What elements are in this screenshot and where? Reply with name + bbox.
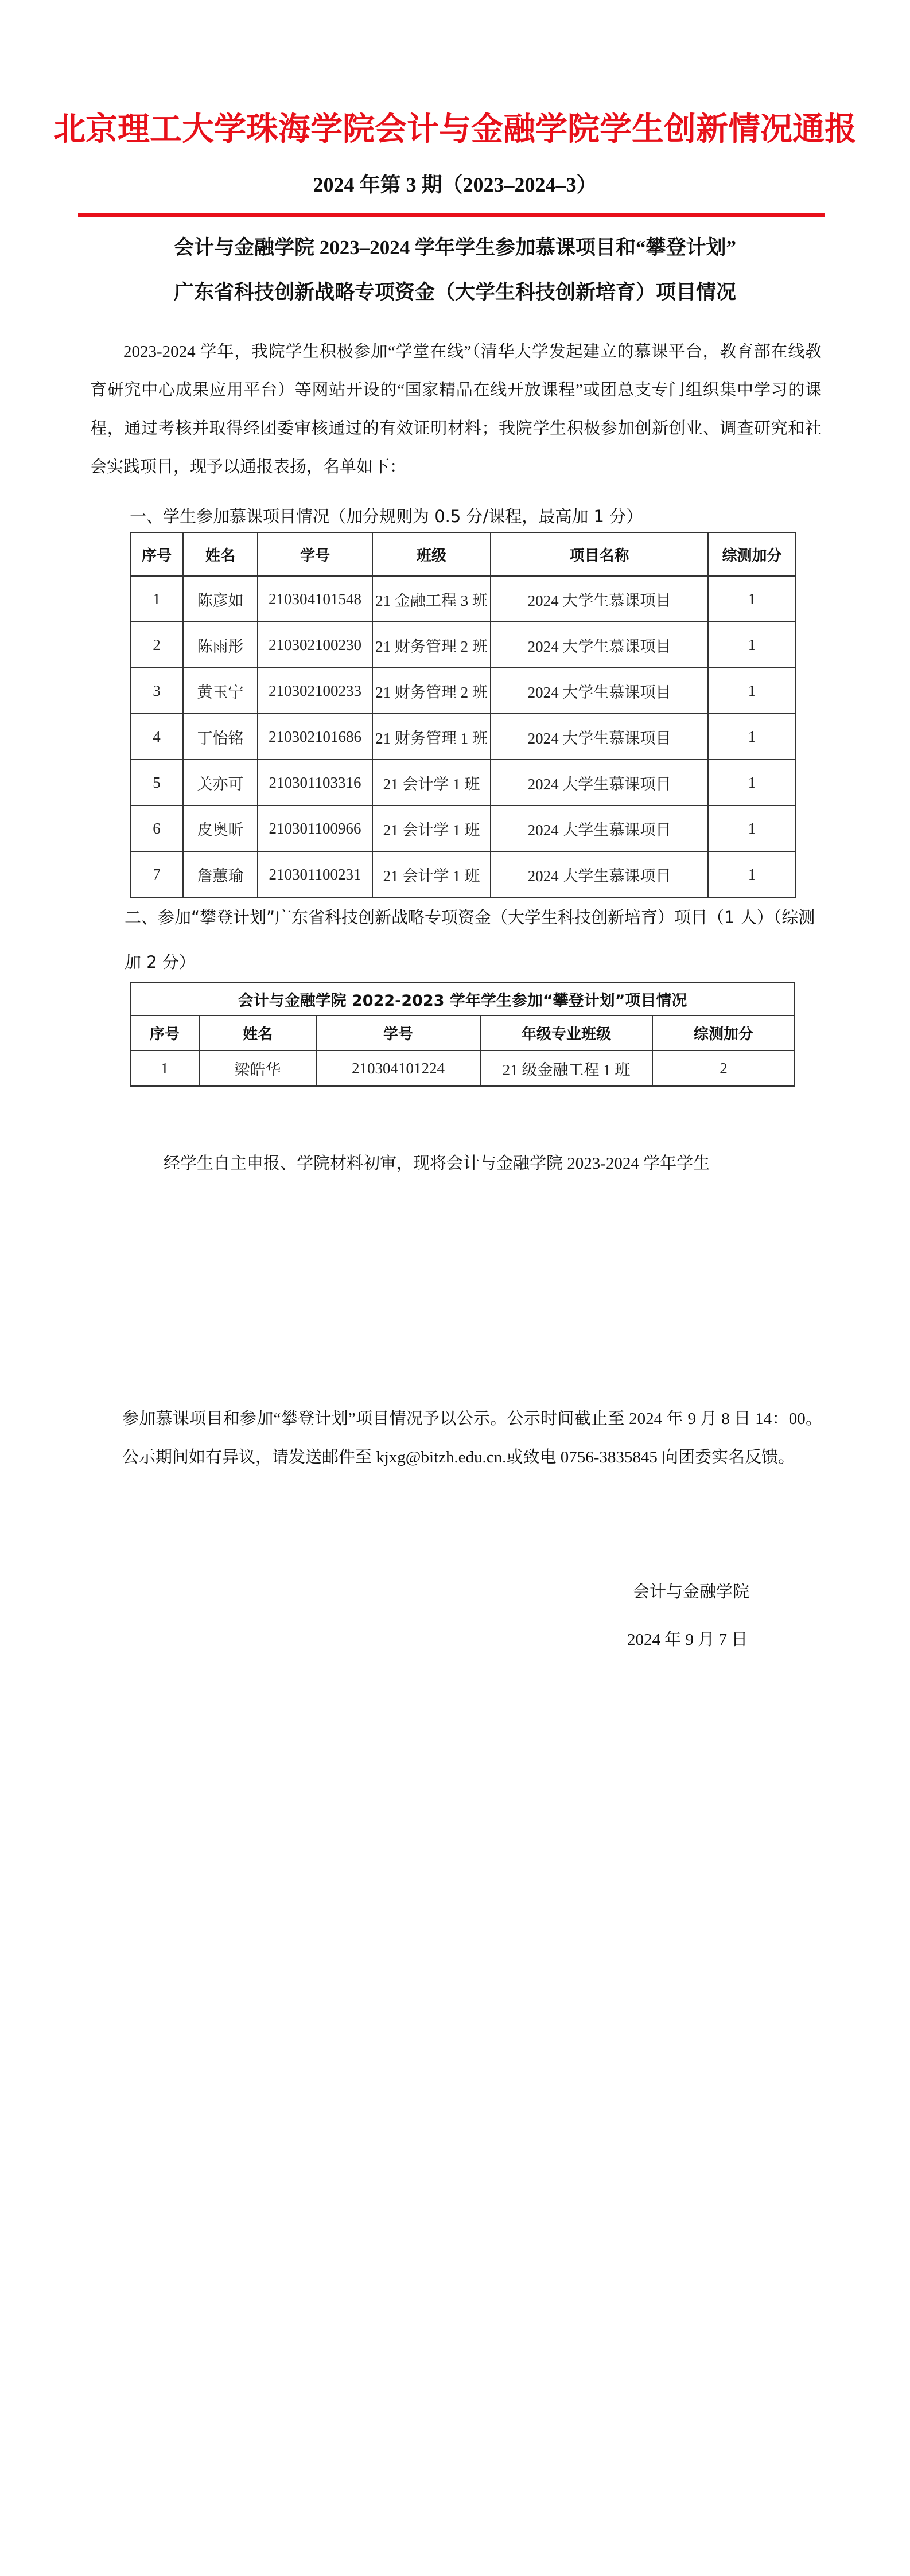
cell-class: 21 会计学 1 班 bbox=[372, 806, 491, 851]
cell-points: 2 bbox=[652, 1050, 795, 1086]
column-header: 序号 bbox=[130, 1015, 199, 1050]
cell-project: 2024 大学生慕课项目 bbox=[491, 622, 708, 668]
cell-project: 2024 大学生慕课项目 bbox=[491, 668, 708, 714]
cell-name: 丁怡铭 bbox=[183, 714, 258, 760]
cell-name: 皮奥昕 bbox=[183, 806, 258, 851]
cell-index: 4 bbox=[130, 714, 183, 760]
cell-student-id: 210304101548 bbox=[258, 576, 372, 622]
cell-name: 梁皓华 bbox=[199, 1050, 316, 1086]
cell-class: 21 级金融工程 1 班 bbox=[480, 1050, 652, 1086]
cell-points: 1 bbox=[708, 714, 796, 760]
cell-index: 6 bbox=[130, 806, 183, 851]
cell-index: 1 bbox=[130, 576, 183, 622]
cell-points: 1 bbox=[708, 760, 796, 806]
column-header: 序号 bbox=[130, 532, 183, 576]
cell-project: 2024 大学生慕课项目 bbox=[491, 806, 708, 851]
cell-class: 21 会计学 1 班 bbox=[372, 760, 491, 806]
document-title: 北京理工大学珠海学院会计与金融学院学生创新情况通报 bbox=[0, 109, 910, 149]
column-header: 姓名 bbox=[183, 532, 258, 576]
table-caption: 会计与金融学院 2022-2023 学年学生参加“攀登计划”项目情况 bbox=[130, 982, 795, 1015]
table-row: 1 陈彦如 210304101548 21 金融工程 3 班 2024 大学生慕… bbox=[130, 576, 796, 622]
cell-class: 21 会计学 1 班 bbox=[372, 851, 491, 897]
section-2-heading: 二、参加“攀登计划”广东省科技创新战略专项资金（大学生科技创新培育）项目（1 人… bbox=[125, 895, 819, 985]
column-header: 学号 bbox=[258, 532, 372, 576]
column-header: 学号 bbox=[316, 1015, 480, 1050]
column-header: 姓名 bbox=[199, 1015, 316, 1050]
table-header-row: 序号 姓名 学号 班级 项目名称 综测加分 bbox=[130, 532, 796, 576]
table-row: 5 关亦可 210301103316 21 会计学 1 班 2024 大学生慕课… bbox=[130, 760, 796, 806]
table-row: 3 黄玉宁 210302100233 21 财务管理 2 班 2024 大学生慕… bbox=[130, 668, 796, 714]
cell-name: 詹蕙瑜 bbox=[183, 851, 258, 897]
cell-points: 1 bbox=[708, 668, 796, 714]
section-1-heading: 一、学生参加慕课项目情况（加分规则为 0.5 分/课程，最高加 1 分） bbox=[130, 505, 818, 528]
table-row: 2 陈雨彤 210302100230 21 财务管理 2 班 2024 大学生慕… bbox=[130, 622, 796, 668]
cell-name: 黄玉宁 bbox=[183, 668, 258, 714]
red-divider bbox=[78, 213, 825, 217]
table-caption-row: 会计与金融学院 2022-2023 学年学生参加“攀登计划”项目情况 bbox=[130, 982, 795, 1015]
table-row: 4 丁怡铭 210302101686 21 财务管理 1 班 2024 大学生慕… bbox=[130, 714, 796, 760]
signature-date: 2024 年 9 月 7 日 bbox=[627, 1628, 748, 1651]
issue-number: 2024 年第 3 期（2023–2024–3） bbox=[0, 172, 910, 197]
cell-name: 关亦可 bbox=[183, 760, 258, 806]
column-header: 综测加分 bbox=[708, 532, 796, 576]
cell-project: 2024 大学生慕课项目 bbox=[491, 760, 708, 806]
column-header: 班级 bbox=[372, 532, 491, 576]
subheading-line-2: 广东省科技创新战略专项资金（大学生科技创新培育）项目情况 bbox=[0, 280, 910, 305]
table-row: 7 詹蕙瑜 210301100231 21 会计学 1 班 2024 大学生慕课… bbox=[130, 851, 796, 897]
cell-student-id: 210304101224 bbox=[316, 1050, 480, 1086]
cell-student-id: 210301100231 bbox=[258, 851, 372, 897]
cell-class: 21 财务管理 2 班 bbox=[372, 622, 491, 668]
cell-index: 7 bbox=[130, 851, 183, 897]
climbing-plan-table: 会计与金融学院 2022-2023 学年学生参加“攀登计划”项目情况 序号 姓名… bbox=[130, 982, 795, 1087]
cell-student-id: 210301100966 bbox=[258, 806, 372, 851]
column-header: 综测加分 bbox=[652, 1015, 795, 1050]
cell-student-id: 210301103316 bbox=[258, 760, 372, 806]
cell-project: 2024 大学生慕课项目 bbox=[491, 714, 708, 760]
cell-student-id: 210302100230 bbox=[258, 622, 372, 668]
intro-paragraph: 2023-2024 学年，我院学生积极参加“学堂在线”（清华大学发起建立的慕课平… bbox=[90, 333, 822, 487]
table-row: 6 皮奥昕 210301100966 21 会计学 1 班 2024 大学生慕课… bbox=[130, 806, 796, 851]
cell-student-id: 210302100233 bbox=[258, 668, 372, 714]
cell-index: 1 bbox=[130, 1050, 199, 1086]
cell-student-id: 210302101686 bbox=[258, 714, 372, 760]
column-header: 项目名称 bbox=[491, 532, 708, 576]
mooc-table: 序号 姓名 学号 班级 项目名称 综测加分 1 陈彦如 210304101548… bbox=[130, 532, 796, 898]
cell-class: 21 金融工程 3 班 bbox=[372, 576, 491, 622]
cell-index: 5 bbox=[130, 760, 183, 806]
cell-project: 2024 大学生慕课项目 bbox=[491, 576, 708, 622]
cell-index: 3 bbox=[130, 668, 183, 714]
table-header-row: 序号 姓名 学号 年级专业班级 综测加分 bbox=[130, 1015, 795, 1050]
cell-points: 1 bbox=[708, 851, 796, 897]
table-row: 1 梁皓华 210304101224 21 级金融工程 1 班 2 bbox=[130, 1050, 795, 1086]
column-header: 年级专业班级 bbox=[480, 1015, 652, 1050]
closing-line-1: 经学生自主申报、学院材料初审，现将会计与金融学院 2023-2024 学年学生 bbox=[164, 1145, 823, 1183]
signature-org: 会计与金融学院 bbox=[633, 1581, 749, 1604]
cell-class: 21 财务管理 2 班 bbox=[372, 668, 491, 714]
cell-points: 1 bbox=[708, 622, 796, 668]
closing-paragraph: 参加慕课项目和参加“攀登计划”项目情况予以公示。公示时间截止至 2024 年 9… bbox=[122, 1400, 822, 1477]
cell-name: 陈彦如 bbox=[183, 576, 258, 622]
subheading-line-1: 会计与金融学院 2023–2024 学年学生参加慕课项目和“攀登计划” bbox=[0, 235, 910, 260]
cell-index: 2 bbox=[130, 622, 183, 668]
cell-points: 1 bbox=[708, 806, 796, 851]
cell-class: 21 财务管理 1 班 bbox=[372, 714, 491, 760]
cell-name: 陈雨彤 bbox=[183, 622, 258, 668]
cell-points: 1 bbox=[708, 576, 796, 622]
cell-project: 2024 大学生慕课项目 bbox=[491, 851, 708, 897]
